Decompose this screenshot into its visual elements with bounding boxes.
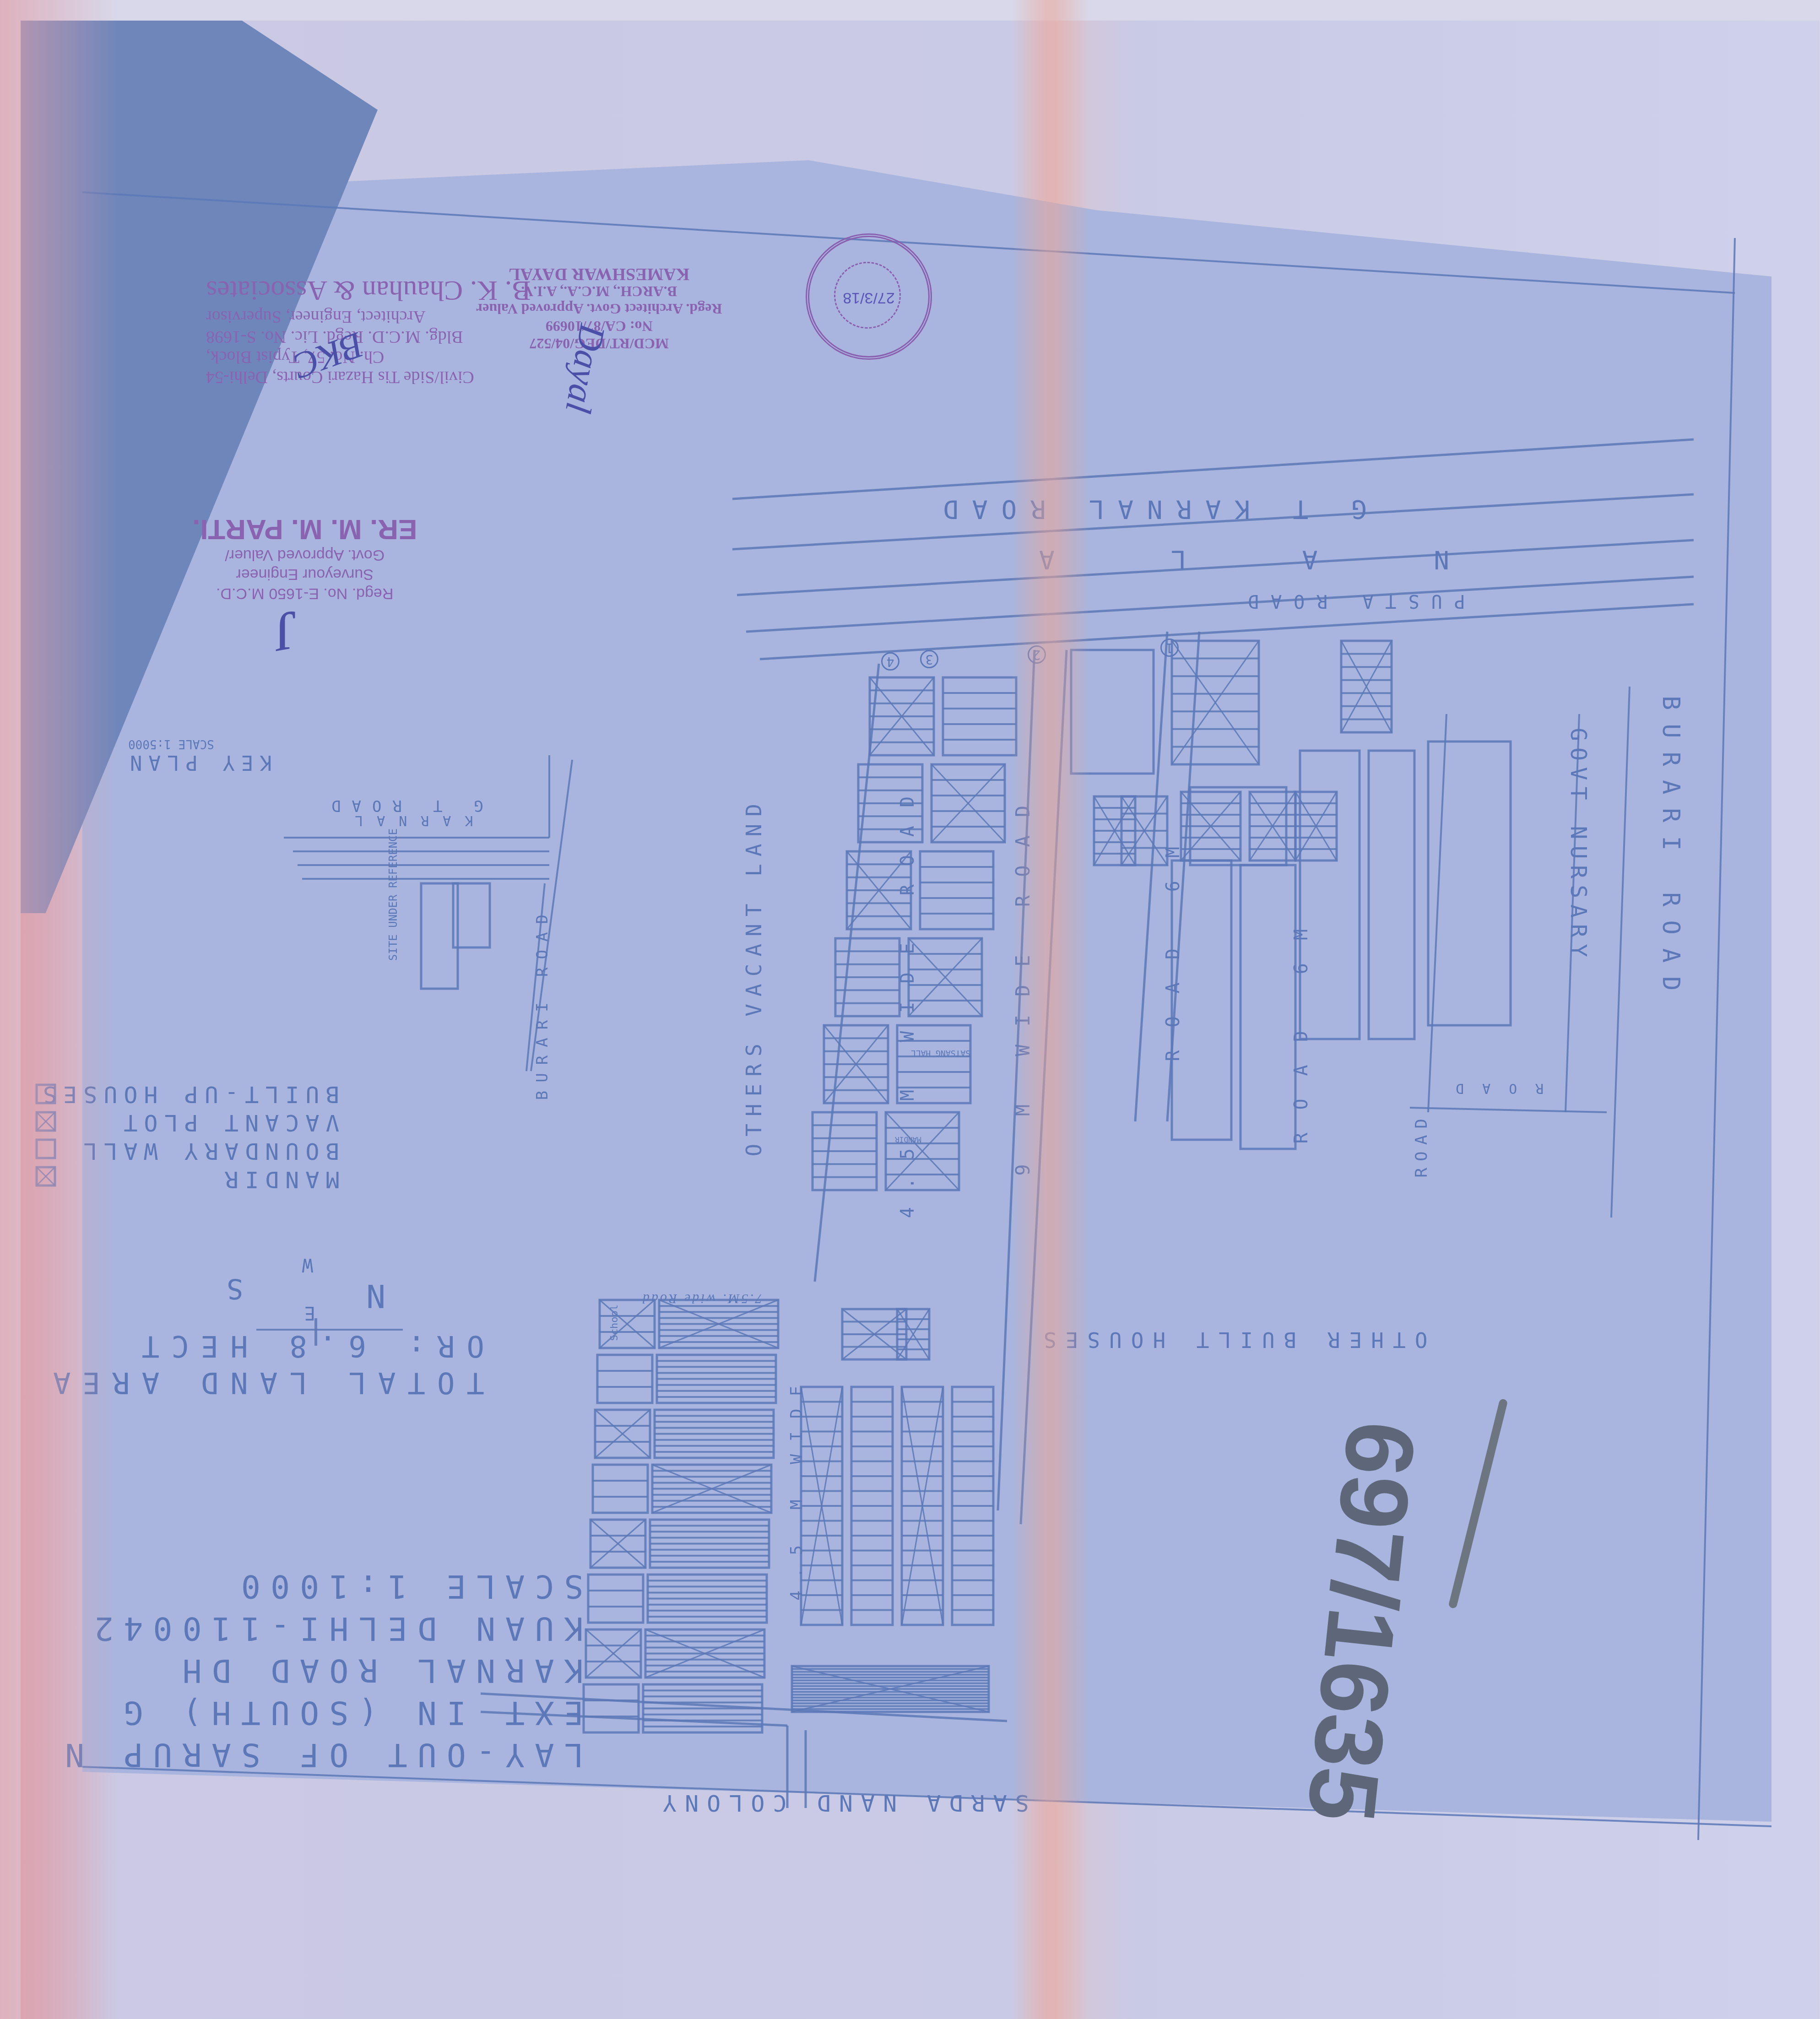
key-plan-site: SITE UNDER REFERENCE (387, 828, 400, 961)
area-sarda-nand-colony: SARDA NAND COLONY (655, 1790, 1029, 1816)
area-others-vacant-land: OTHERS VACANT LAND (742, 796, 766, 1157)
road-45m-wide: 4.5 M WIDE ROAD (897, 778, 918, 1218)
legend: MANDIR BOUNDARY WALL VACANT PLOT BUILT-U… (37, 1080, 340, 1194)
legend-item: MANDIR (37, 1165, 340, 1194)
total-area-label: TOTAL LAND AREA (41, 1364, 484, 1401)
key-plan-title: KEY PLAN (124, 751, 272, 774)
legend-item: BUILT-UP HOUSES (37, 1080, 340, 1109)
area-govt-nursery: GOVT NURSARY (1565, 728, 1591, 963)
road-6m-1: ROAD 6M (1163, 824, 1184, 1061)
title-line-1: LAY-OUT OF SARUP N (55, 1734, 584, 1776)
entry-marker-1: 1 (1160, 639, 1179, 657)
entry-marker-4: 4 (881, 652, 899, 671)
title-line-3: KARNAL ROAD DH (55, 1650, 584, 1692)
road-9m-wide: 9 M WIDE ROAD (1012, 787, 1034, 1176)
road-burari: BURARI ROAD (1657, 696, 1685, 1004)
area-school: School (609, 1305, 620, 1341)
key-plan-burari-road: BURARI ROAD (533, 906, 552, 1100)
title-line-2: EXT IN (SOUTH) G (55, 1692, 584, 1734)
road-gt-karnal: G T KARNAL ROAD (929, 494, 1367, 524)
key-plan-scale: SCALE 1:5000 (128, 737, 214, 751)
legend-item: VACANT PLOT (37, 1109, 340, 1137)
road-small: ROAD (1412, 1112, 1431, 1178)
layout-plan: LAY-OUT OF SARUP N EXT IN (SOUTH) G KARN… (0, 0, 1820, 2019)
west-letter: W (302, 1254, 313, 1275)
entry-marker-3: 3 (920, 650, 938, 668)
road-45m-wide-2: 4.5 M WIDE (787, 1373, 806, 1601)
road-small-2: ROAD (1437, 1080, 1544, 1096)
title-block: LAY-OUT OF SARUP N EXT IN (SOUTH) G KARN… (55, 1565, 584, 1776)
official-seal: 27/3/18 (806, 233, 932, 360)
key-plan-karnal: KARNAL (341, 812, 473, 828)
scale-label: SCALE 1:1000 (55, 1565, 584, 1608)
title-line-4: KUAN DELHI-110042 (55, 1608, 584, 1650)
area-satsang-hall: SATSANG HALL (911, 1048, 970, 1058)
road-6m-2: ROAD 6M (1291, 906, 1312, 1144)
stamp-mm-parti: Regd. No. E-1650 M.C.D. Surveyour Engine… (192, 513, 417, 603)
total-area: TOTAL LAND AREA OR: 6.8 HECT (41, 1327, 484, 1401)
road-pusta: PUSTA ROAD (1236, 590, 1465, 612)
south-letter: S (227, 1272, 243, 1305)
seal-date: 27/3/18 (809, 289, 928, 307)
entry-marker-2: 2 (1028, 645, 1046, 664)
legend-item: BOUNDARY WALL (37, 1137, 340, 1165)
total-area-value: OR: 6.8 HECT (41, 1327, 484, 1364)
area-mandir: MANDIR (895, 1135, 921, 1144)
area-other-built-houses: OTHER BUILT HOUSES (1035, 1327, 1428, 1352)
east-letter: E (304, 1302, 315, 1323)
road-nala: N A L A (989, 545, 1449, 574)
north-letter: N (366, 1277, 385, 1315)
key-plan-gt-road: G T ROAD (320, 796, 483, 815)
road-75m-wide: 7.5M. wide Road (641, 1291, 762, 1306)
